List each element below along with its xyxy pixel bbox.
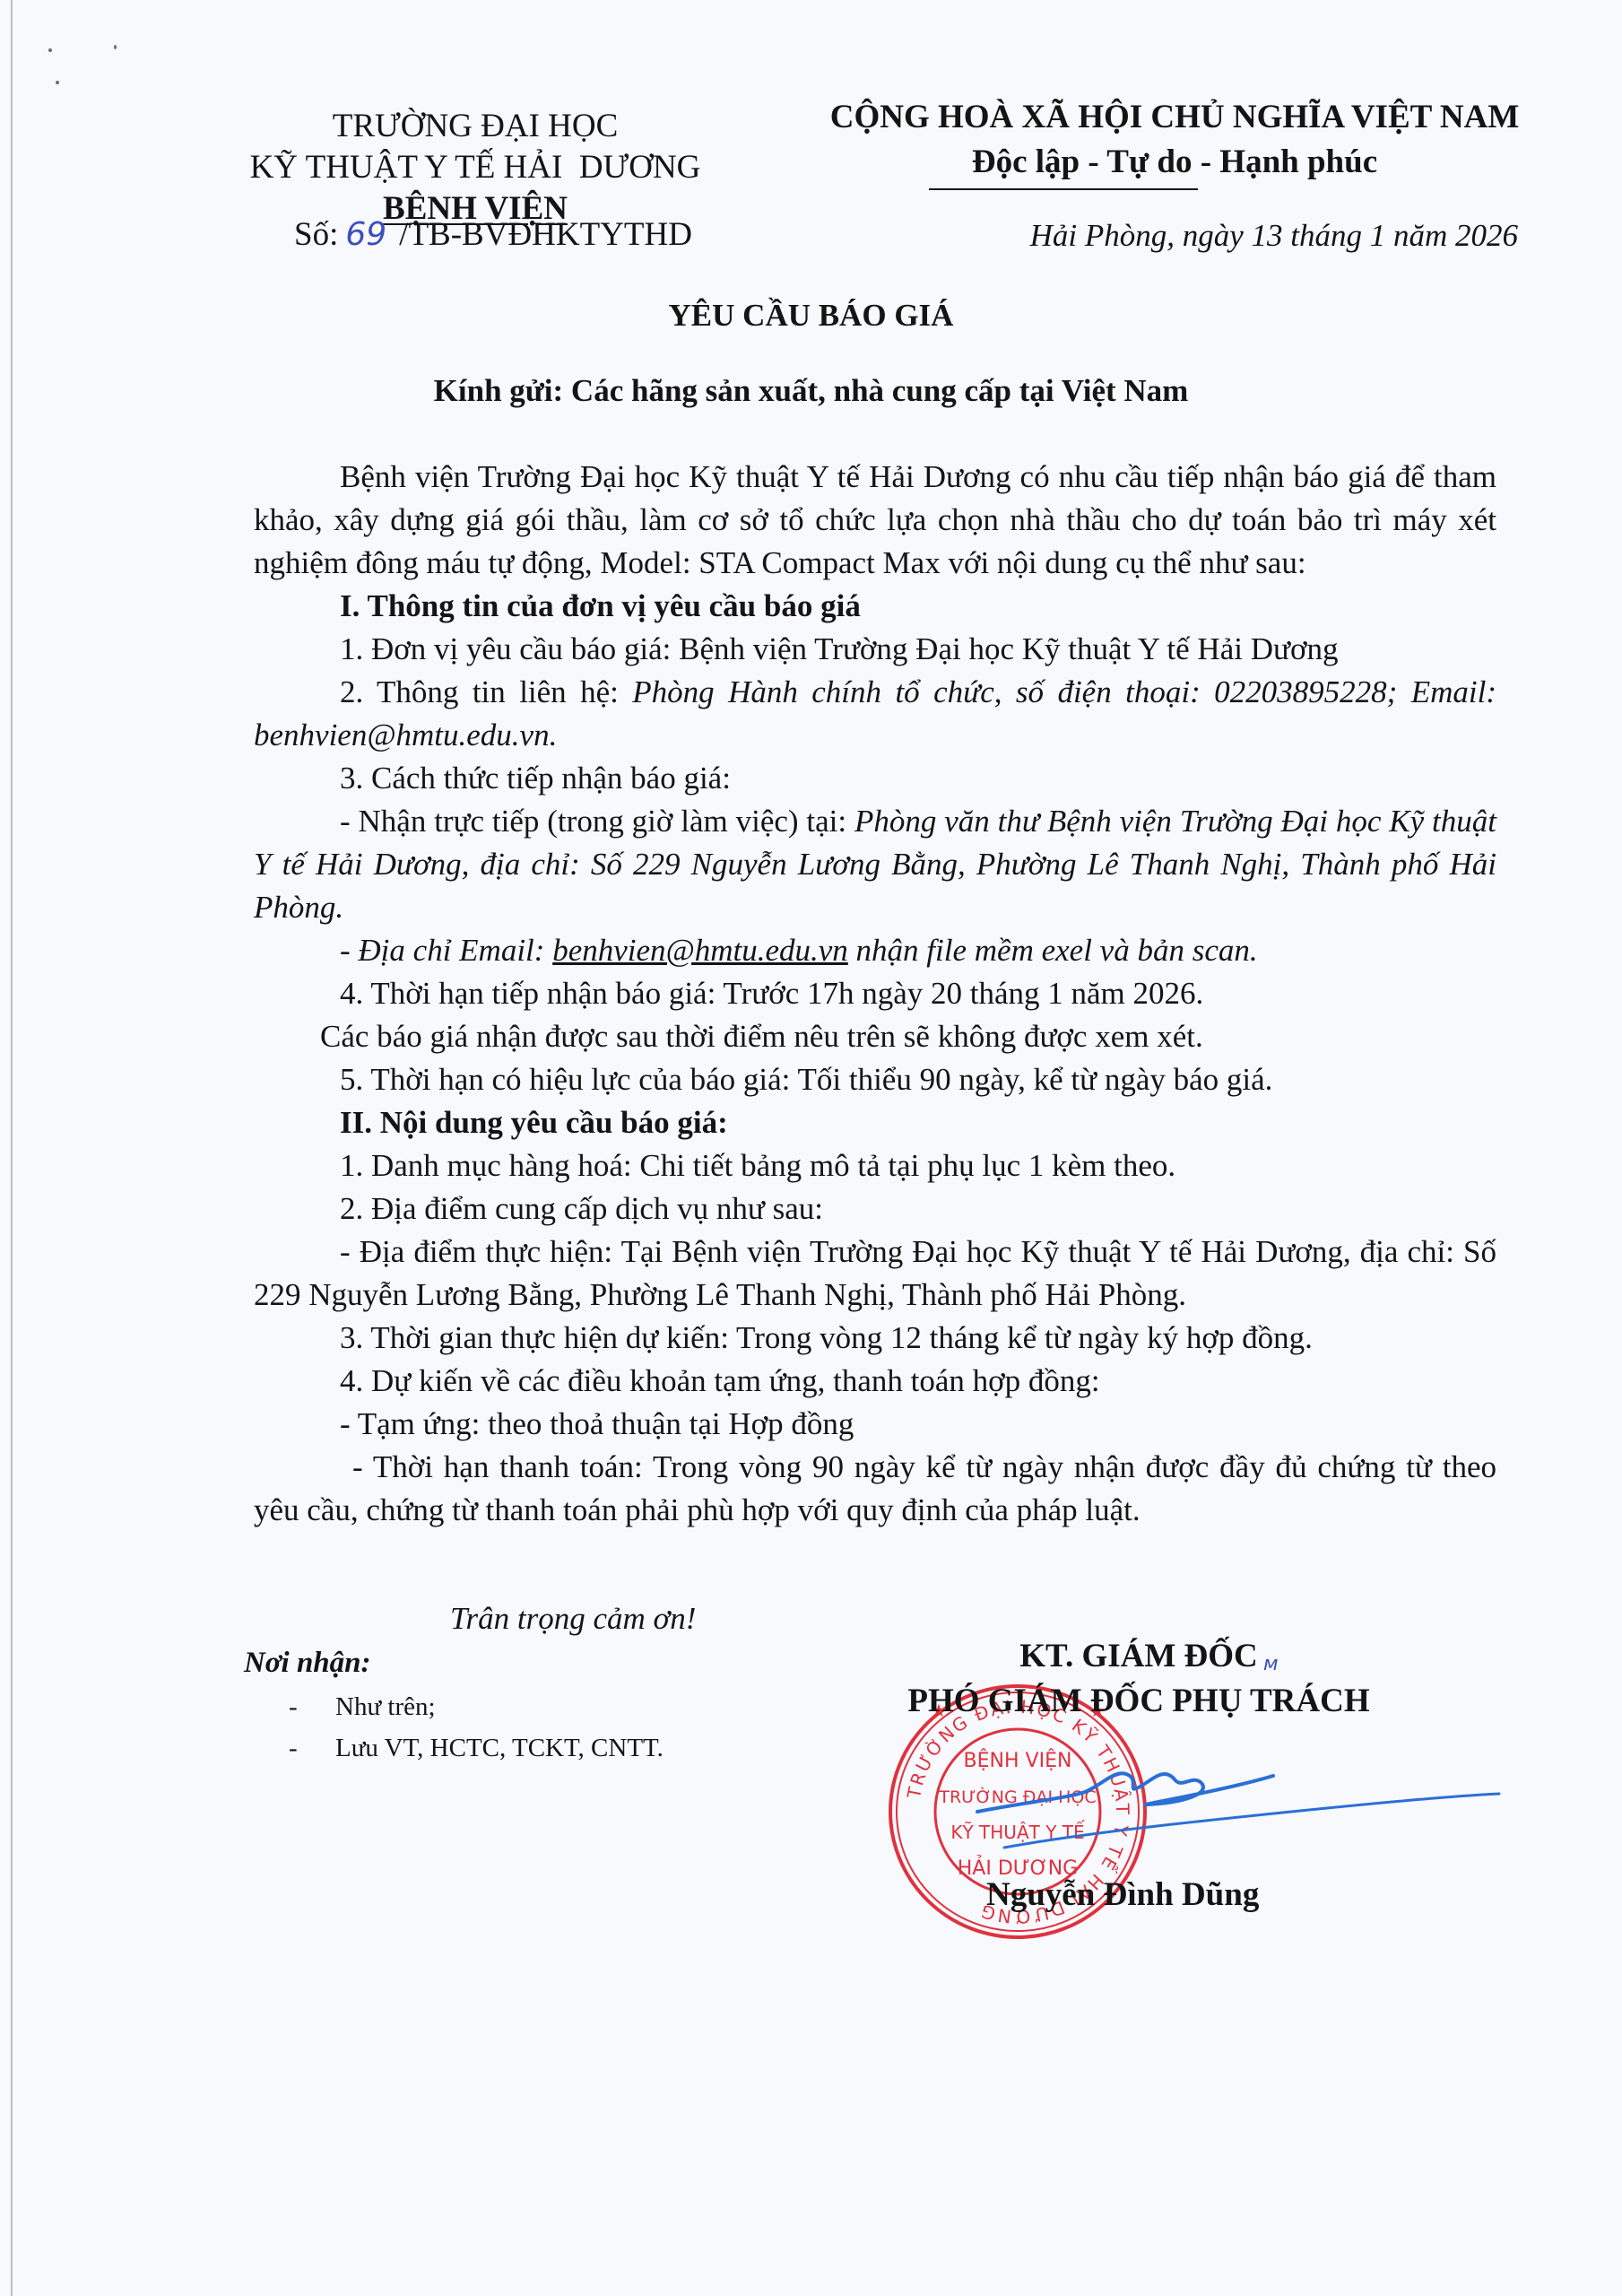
document-date: Hải Phòng, ngày 13 tháng 1 năm 2026 — [1030, 218, 1518, 254]
section-1-item-5: 5. Thời hạn có hiệu lực của báo giá: Tối… — [254, 1058, 1496, 1101]
section-2-item-3: 3. Thời gian thực hiện dự kiến: Trong vò… — [254, 1317, 1496, 1360]
section-1-item-4-note: Các báo giá nhận được sau thời điểm nêu … — [254, 1015, 1496, 1058]
intro-paragraph: Bệnh viện Trường Đại học Kỹ thuật Y tế H… — [254, 456, 1496, 585]
section-2-item-2-detail: - Địa điểm thực hiện: Tại Bệnh viện Trườ… — [254, 1231, 1496, 1317]
section-1-item-4: 4. Thời hạn tiếp nhận báo giá: Trước 17h… — [254, 972, 1496, 1015]
email-delivery: - Địa chỉ Email: benhvien@hmtu.edu.vn nh… — [254, 929, 1496, 972]
initial-mark-icon: м — [1263, 1653, 1279, 1675]
section-1-item-1: 1. Đơn vị yêu cầu báo giá: Bệnh viện Trư… — [254, 628, 1496, 671]
recipient-item: -Lưu VT, HCTC, TCKT, CNTT. — [289, 1727, 664, 1769]
scan-speck — [48, 48, 52, 52]
national-title: CỘNG HOÀ XÃ HỘI CHỦ NGHĨA VIỆT NAM — [780, 95, 1569, 140]
section-1-heading: I. Thông tin của đơn vị yêu cầu báo giá — [254, 585, 1496, 628]
recipients-title: Nơi nhận: — [244, 1647, 371, 1680]
advance-payment: - Tạm ứng: theo thoả thuận tại Hợp đồng — [254, 1403, 1496, 1446]
document-number: Số:69/TB-BVĐHKTYTHD — [294, 215, 692, 254]
email-link[interactable]: benhvien@hmtu.edu.vn — [552, 933, 848, 968]
section-2-item-1: 1. Danh mục hàng hoá: Chi tiết bảng mô t… — [254, 1144, 1496, 1187]
document-body: Bệnh viện Trường Đại học Kỹ thuật Y tế H… — [254, 456, 1496, 1532]
section-1-item-3: 3. Cách thức tiếp nhận báo giá: — [254, 757, 1496, 800]
recipient-text: Như trên; — [335, 1692, 436, 1721]
section-1-item-2: 2. Thông tin liên hệ: Phòng Hành chính t… — [254, 671, 1496, 757]
direct-delivery-label: - Nhận trực tiếp (trong giờ làm việc) tạ… — [340, 804, 854, 839]
payment-term: - Thời hạn thanh toán: Trong vòng 90 ngà… — [254, 1446, 1496, 1532]
national-motto: Độc lập - Tự do - Hạnh phúc — [780, 140, 1569, 185]
section-2-item-4: 4. Dự kiến về các điều khoản tạm ứng, th… — [254, 1360, 1496, 1403]
signer-name: Nguyễn Đình Dũng — [986, 1875, 1259, 1914]
doc-no-handwritten: 69 — [345, 216, 386, 253]
signer-position: PHÓ GIÁM ĐỐC PHỤ TRÁCH — [879, 1679, 1399, 1724]
document-title: YÊU CẦU BÁO GIÁ — [0, 298, 1622, 334]
issuer-line-2: KỸ THUẬT Y TẾ HẢI DƯƠNG — [224, 147, 726, 188]
contact-label: 2. Thông tin liên hệ: — [340, 674, 632, 709]
signature-block: KT. GIÁM ĐỐC PHÓ GIÁM ĐỐC PHỤ TRÁCH — [879, 1634, 1399, 1724]
doc-no-label: Số: — [294, 216, 338, 253]
recipient-item: -Như trên; — [289, 1686, 664, 1727]
direct-delivery: - Nhận trực tiếp (trong giờ làm việc) tạ… — [254, 800, 1496, 929]
issuer-line-1: TRƯỜNG ĐẠI HỌC — [224, 106, 726, 147]
addressee: Kính gửi: Các hãng sản xuất, nhà cung cấ… — [0, 373, 1622, 409]
handwritten-signature — [950, 1749, 1506, 1857]
recipient-text: Lưu VT, HCTC, TCKT, CNTT. — [335, 1734, 664, 1762]
scan-speck — [56, 81, 59, 84]
scan-speck — [114, 45, 117, 49]
issuer-header: TRƯỜNG ĐẠI HỌC KỸ THUẬT Y TẾ HẢI DƯƠNG B… — [224, 106, 726, 230]
section-2-item-2: 2. Địa điểm cung cấp dịch vụ như sau: — [254, 1187, 1496, 1231]
recipients-list: -Như trên; -Lưu VT, HCTC, TCKT, CNTT. — [289, 1686, 664, 1769]
email-suffix: nhận file mềm exel và bản scan. — [848, 933, 1258, 968]
motto-underline — [929, 188, 1198, 190]
section-2-heading: II. Nội dung yêu cầu báo giá: — [254, 1101, 1496, 1144]
signer-authority: KT. GIÁM ĐỐC — [879, 1634, 1399, 1679]
email-label: - Địa chỉ Email: — [340, 933, 552, 968]
scan-page-edge — [11, 0, 13, 2296]
national-header: CỘNG HOÀ XÃ HỘI CHỦ NGHĨA VIỆT NAM Độc l… — [780, 95, 1569, 185]
doc-no-suffix: /TB-BVĐHKTYTHD — [399, 216, 692, 253]
closing-thanks: Trân trọng cảm ơn! — [450, 1601, 696, 1637]
